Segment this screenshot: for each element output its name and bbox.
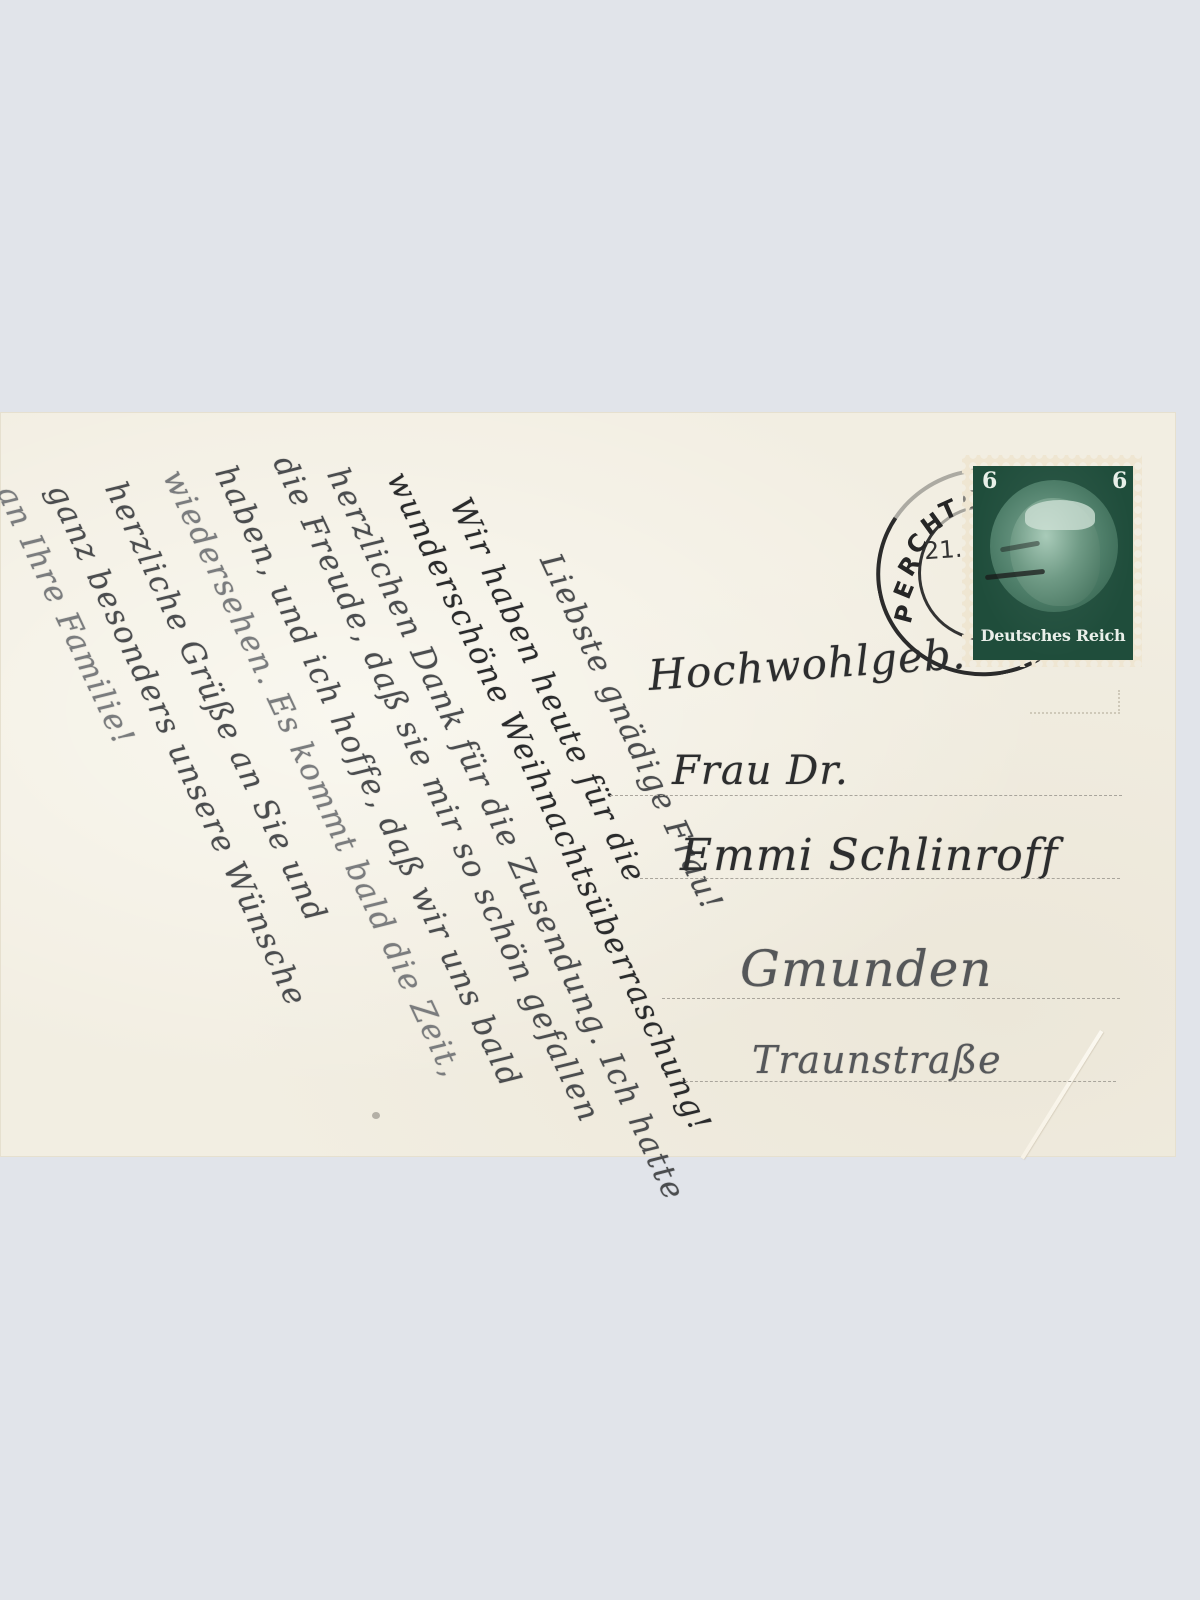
postmark-date: 21. <box>923 535 963 566</box>
address-rule <box>662 998 1120 999</box>
address-line-name: Emmi Schlinroff <box>680 830 1058 881</box>
stamp-portrait-hair <box>1025 500 1095 530</box>
stamp-country-label: Deutsches Reich <box>973 626 1133 645</box>
stamp-denomination-right: 6 <box>1112 468 1127 494</box>
address-rule <box>640 878 1120 879</box>
address-line-street: Traunstraße <box>752 1038 1002 1082</box>
address-line-city: Gmunden <box>740 940 993 998</box>
stamp-placement-box <box>1030 690 1120 714</box>
address-line-title: Frau Dr. <box>672 748 849 794</box>
stamp-denomination-left: 6 <box>982 468 997 494</box>
address-rule <box>680 1081 1116 1082</box>
ink-smudge <box>372 1112 380 1119</box>
address-rule <box>610 795 1122 796</box>
